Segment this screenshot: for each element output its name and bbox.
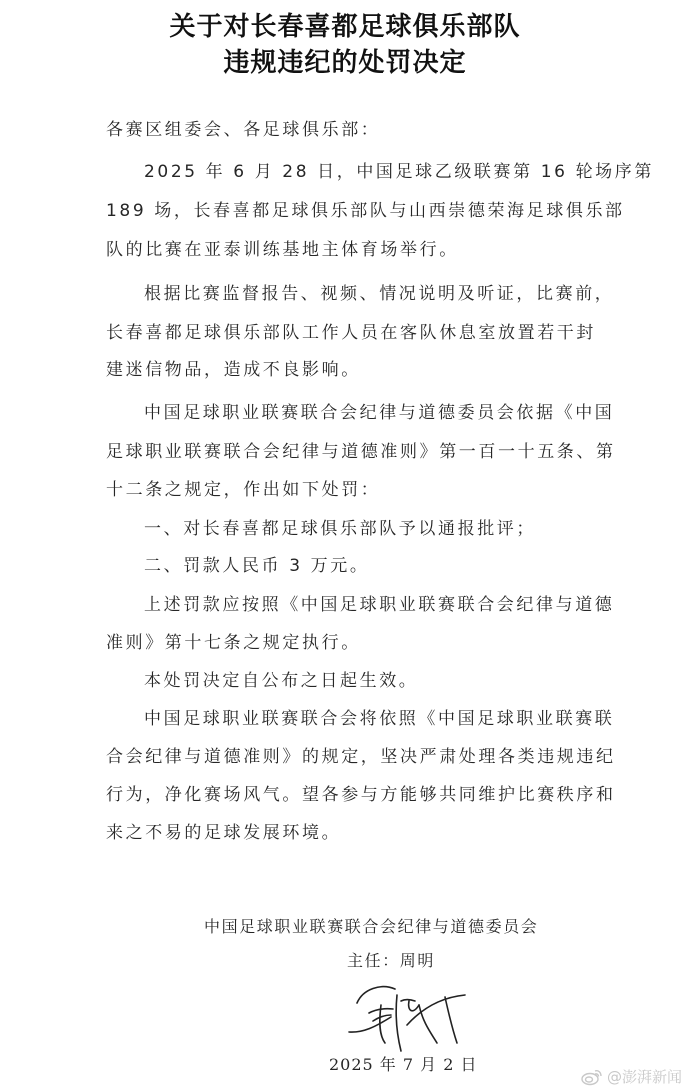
document-title-line-1: 关于对长春喜都足球俱乐部队 [0,6,690,43]
paragraph-3-line-1: 中国足球职业联赛联合会纪律与道德委员会依据《中国 [144,401,614,425]
handwritten-signature [345,975,475,1055]
watermark: @澎湃新闻 [581,1066,682,1087]
paragraph-6-line-2: 准则》第十七条之规定执行。 [106,631,361,655]
paragraph-1-line-1: 2025 年 6 月 28 日，中国足球乙级联赛第 16 轮场序第 [144,160,654,184]
paragraph-3-line-3: 十二条之规定，作出如下处罚： [106,478,380,502]
paragraph-1-line-2: 189 场，长春喜都足球俱乐部队与山西崇德荣海足球俱乐部 [106,199,625,223]
paragraph-8-line-4: 来之不易的足球发展环境。 [106,821,341,845]
paragraph-8-line-2: 合会纪律与道德准则》的规定，坚决严肃处理各类违规违纪 [106,745,616,769]
paragraph-6-line-1: 上述罚款应按照《中国足球职业联赛联合会纪律与道德 [144,593,614,617]
decision-date: 2025 年 7 月 2 日 [329,1052,478,1075]
penalty-item-2: 二、罚款人民币 3 万元。 [144,554,369,578]
document-title-line-2: 违规违纪的处罚决定 [0,42,690,79]
paragraph-3-line-2: 足球职业联赛联合会纪律与道德准则》第一百一十五条、第 [106,440,616,464]
paragraph-1-line-3: 队的比赛在亚泰训练基地主体育场举行。 [106,238,459,262]
paragraph-8-line-1: 中国足球职业联赛联合会将依照《中国足球职业联赛联 [144,707,614,731]
paragraph-2-line-2: 长春喜都足球俱乐部队工作人员在客队休息室放置若干封 [106,321,596,345]
weibo-icon [581,1068,603,1086]
paragraph-7-line-1: 本处罚决定自公布之日起生效。 [144,669,418,693]
penalty-item-1: 一、对长春喜都足球俱乐部队予以通报批评； [144,517,536,541]
paragraph-2-line-3: 建迷信物品，造成不良影响。 [106,358,361,382]
signing-director: 主任：周明 [347,948,435,971]
salutation: 各赛区组委会、各足球俱乐部： [106,118,380,142]
signing-organization: 中国足球职业联赛联合会纪律与道德委员会 [204,914,538,937]
watermark-text: @澎湃新闻 [607,1066,682,1087]
paragraph-8-line-3: 行为，净化赛场风气。望各参与方能够共同维护比赛秩序和 [106,783,616,807]
paragraph-2-line-1: 根据比赛监督报告、视频、情况说明及听证，比赛前， [144,282,614,306]
